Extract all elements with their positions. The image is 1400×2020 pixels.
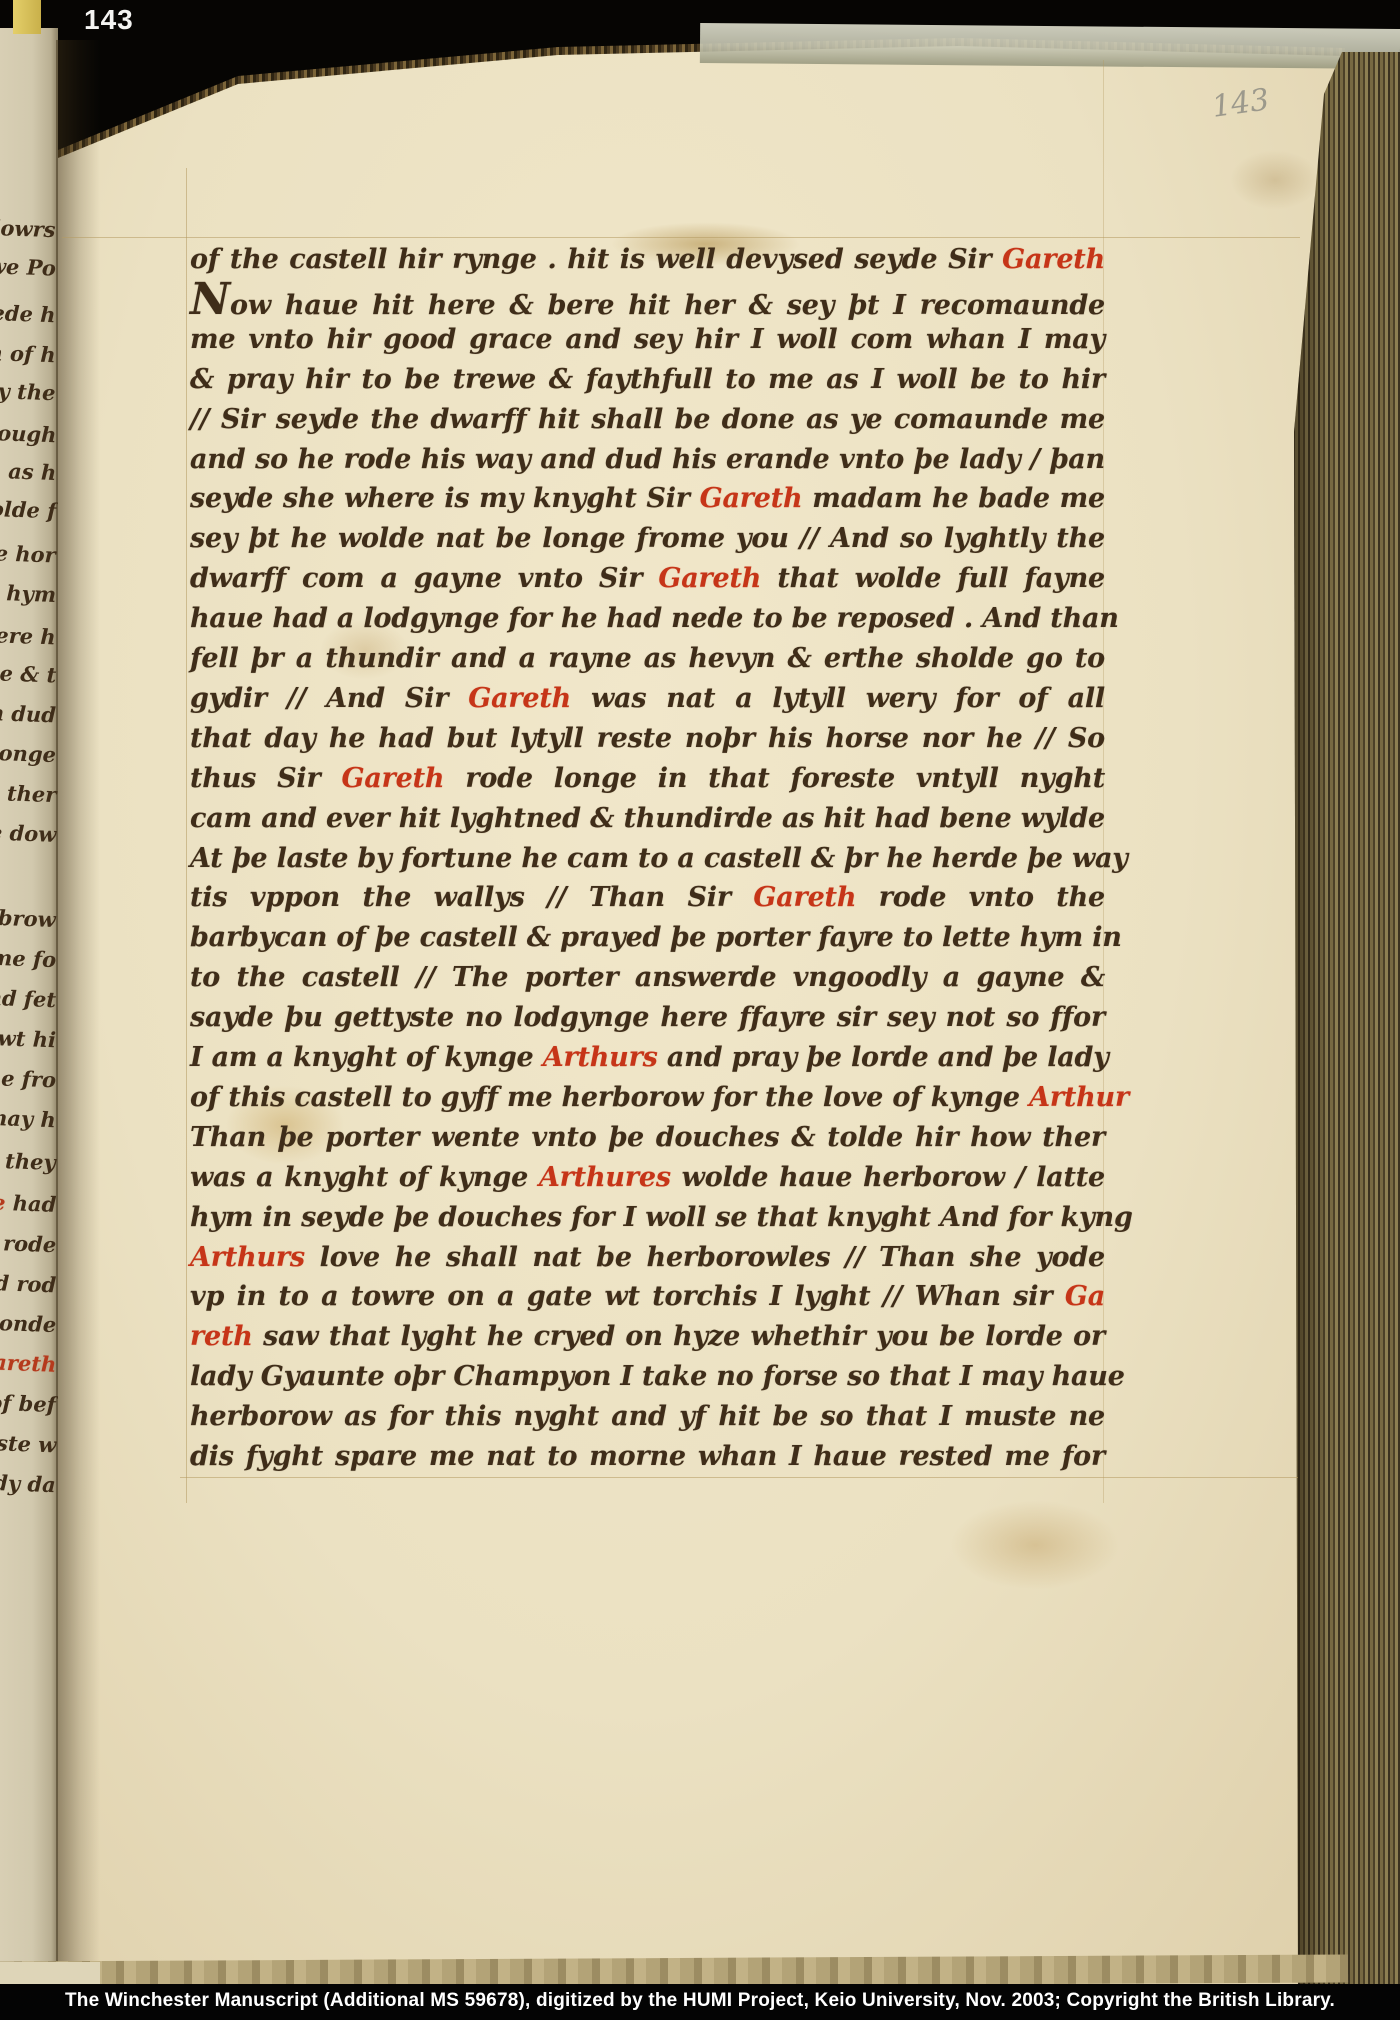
ink-text: fell þr a thundir and a rayne as hevyn &… — [190, 643, 1105, 674]
ink-text: pled me fro — [0, 1063, 56, 1093]
yellow-ribbon — [13, 0, 41, 34]
printed-folio-label: 143 — [84, 4, 134, 36]
ink-text: arff of bef — [0, 1388, 56, 1417]
ink-text: sayde þu gettyste no lodgynge here ffayr… — [190, 1002, 1105, 1033]
manuscript-line-27: vp in to a towre on a gate wt torchis I … — [190, 1280, 1105, 1314]
margin-fragment-7: areth as h — [0, 456, 56, 485]
rubricated-text: Ga — [1065, 1281, 1105, 1312]
margin-fragment-12: be golde & t — [0, 658, 56, 688]
rubricated-text: Gareth — [341, 763, 444, 794]
ink-text: haue had a lodgynge for he had nede to b… — [190, 603, 1119, 634]
ink-text: than they — [0, 1146, 56, 1175]
manuscript-line-30: herborow as for this nyght and yf hit be… — [190, 1400, 1105, 1434]
ink-text: longe — [0, 740, 56, 768]
margin-fragment-26: eth and rod — [0, 1268, 56, 1298]
ink-text: myd there h — [0, 620, 56, 650]
ink-text: ffyred ther — [0, 778, 56, 807]
manuscript-line-5: // Sir seyde the dwarff hit shall be don… — [190, 403, 1105, 437]
margin-fragment-10: ys wt hym — [0, 578, 56, 607]
margin-fragment-5: his day the — [0, 376, 56, 405]
margin-fragment-14: reth longe — [0, 738, 56, 767]
manuscript-line-23: Than þe porter wente vnto þe douches & t… — [190, 1121, 1105, 1155]
manuscript-line-21: I am a knyght of kynge Arthurs and pray … — [190, 1041, 1105, 1075]
ink-text: mette wt hi — [0, 1023, 56, 1053]
ink-text: Than þe hor — [0, 538, 56, 568]
ink-text: seyde she where is my knyght Sir — [190, 483, 700, 514]
ink-text: Than þe porter wente vnto þe douches & t… — [190, 1122, 1105, 1153]
ink-text: tis vppon the wallys // Than Sir — [190, 882, 753, 913]
rubricated-text: Gareth — [753, 882, 856, 913]
ink-text: madam he bade me — [802, 483, 1105, 514]
facing-page-text-fragments: uy colowrslowe Poand bede hat man of hhi… — [0, 28, 58, 1980]
manuscript-line-28: reth saw that lyght he cryed on hyze whe… — [190, 1320, 1105, 1354]
ink-text: ow haue hit here & bere hit her & sey þt… — [230, 290, 1105, 321]
ink-text: e in golde f — [0, 494, 56, 524]
ink-text: rode vnto the — [856, 882, 1105, 913]
manuscript-line-6: and so he rode his way and dud his erand… — [190, 443, 1105, 477]
ink-text: ere and fet — [0, 983, 56, 1012]
manuscript-line-29: lady Gyaunte oþr Champyon I take no fors… — [190, 1360, 1105, 1394]
rubricated-text: Gareth — [700, 483, 803, 514]
margin-fragment-23: than they — [0, 1146, 56, 1175]
margin-fragment-8: e in golde f — [0, 494, 56, 524]
ink-text: thus Sir — [190, 763, 341, 794]
ink-text: that day he had but lytyll reste noþr hi… — [190, 723, 1105, 754]
manuscript-line-11: fell þr a thundir and a rayne as hevyn &… — [190, 642, 1105, 676]
margin-fragment-29: arff of bef — [0, 1388, 56, 1417]
rubricated-text: Gareth — [658, 563, 761, 594]
ink-text: uy colowrs — [0, 213, 56, 242]
manuscript-line-8: sey þt he wolde nat be longe frome you /… — [190, 522, 1105, 556]
manuscript-line-16: At þe laste by fortune he cam to a caste… — [190, 842, 1105, 876]
rubricated-text: Arthur — [1029, 1082, 1129, 1113]
ink-text: gydir // And Sir — [190, 683, 468, 714]
margin-fragment-6: hym nough — [0, 418, 56, 448]
manuscript-line-19: to the castell // The porter answerde vn… — [190, 961, 1105, 995]
margin-fragment-24: ayne had — [0, 1188, 56, 1217]
ink-text: ys wt hym — [0, 578, 56, 607]
ink-text: saw that lyght he cryed on hyze whethir … — [253, 1321, 1105, 1352]
left-ruling-line — [186, 168, 187, 1503]
ink-text: wolde haue herborow / latte — [671, 1162, 1105, 1193]
manuscript-line-25: hym in seyde þe douches for I woll se th… — [190, 1201, 1105, 1235]
ink-text: cam and ever hit lyghtned & thundirde as… — [190, 803, 1105, 834]
manuscript-line-26: Arthurs love he shall nat be herborowles… — [190, 1241, 1105, 1275]
ink-text: fot I may h — [0, 1103, 56, 1132]
manuscript-line-31: dis fyght spare me nat to morne whan I h… — [190, 1440, 1105, 1474]
margin-fragment-20: mette wt hi — [0, 1023, 56, 1053]
ink-text: to the castell // The porter answerde vn… — [190, 962, 1105, 993]
margin-fragment-18: ttyn me fo — [0, 943, 56, 972]
ink-text: as h — [0, 458, 56, 485]
ink-text: ue a brow — [0, 903, 56, 932]
ink-text: dwarff com a gayne vnto Sir — [190, 563, 658, 594]
manuscript-line-22: of this castell to gyff me herborow for … — [190, 1081, 1105, 1115]
ink-text: and so he rode his way and dud his erand… — [190, 444, 1105, 475]
margin-fragment-16: note dow — [0, 818, 56, 847]
ink-text: & pray hir to be trewe & faythfull to me… — [190, 364, 1105, 395]
caption-text: The Winchester Manuscript (Additional MS… — [0, 1990, 1400, 2012]
ink-text: of this castell to gyff me herborow for … — [190, 1082, 1029, 1113]
margin-fragment-15: ffyred ther — [0, 778, 56, 807]
margin-fragment-9: Than þe hor — [0, 538, 56, 568]
margin-fragment-31: my lady da — [0, 1468, 56, 1497]
margin-fragment-22: fot I may h — [0, 1103, 56, 1132]
ink-text: At þe laste by fortune he cam to a caste… — [190, 843, 1128, 874]
ink-text: love he shall nat be herborowles // Than… — [305, 1242, 1105, 1273]
margin-fragment-21: pled me fro — [0, 1063, 56, 1093]
margin-fragment-28: r Gareth — [0, 1348, 56, 1376]
margin-fragment-30: ere beste w — [0, 1428, 56, 1458]
manuscript-line-3: me vnto hir good grace and sey hir I wol… — [190, 323, 1105, 357]
rubricated-text: Arthurs — [190, 1242, 305, 1273]
ink-text: me vnto hir good grace and sey hir I wol… — [190, 324, 1105, 355]
rubricated-text: Gareth — [0, 1349, 56, 1377]
margin-fragment-11: myd there h — [0, 620, 56, 650]
ink-text: vp in to a towre on a gate wt torchis I … — [190, 1281, 1065, 1312]
ink-text: barbycan of þe castell & prayed þe porte… — [190, 922, 1122, 953]
margin-fragment-17: ue a brow — [0, 903, 56, 932]
manuscript-line-17: tis vppon the wallys // Than Sir Gareth … — [190, 881, 1105, 915]
ink-text: be golde & t — [0, 658, 56, 688]
ink-text: lowe Po — [0, 252, 56, 280]
ink-text: hym nough — [0, 418, 56, 448]
ink-text: was a knyght of kynge — [190, 1162, 539, 1193]
ink-text: had — [5, 1190, 57, 1217]
manuscript-line-14: thus Sir Gareth rode longe in that fores… — [190, 762, 1105, 796]
manuscript-photo: uy colowrslowe Poand bede hat man of hhi… — [0, 0, 1400, 2020]
left-page-edge: uy colowrslowe Poand bede hat man of hhi… — [0, 28, 58, 1980]
gutter-shadow — [56, 40, 100, 1986]
ink-text: an he rode — [0, 1228, 56, 1257]
ink-text: ttyn me fo — [0, 943, 56, 972]
rubricated-text: reth — [190, 1321, 253, 1352]
margin-fragment-1: uy colowrs — [0, 213, 56, 242]
manuscript-line-4: & pray hir to be trewe & faythfull to me… — [190, 363, 1105, 397]
ink-text: and bede h — [0, 298, 56, 328]
ink-text: conde — [0, 1309, 56, 1337]
ink-text: was nat a lytyll wery for of all — [571, 683, 1105, 714]
ink-text: note dow — [0, 818, 56, 847]
manuscript-line-10: haue had a lodgynge for he had nede to b… — [190, 602, 1105, 636]
ink-text: herborow as for this nyght and yf hit be… — [190, 1401, 1105, 1432]
ink-text: of the castell hir rynge . hit is well d… — [190, 244, 1002, 275]
ink-text: de hym dud — [0, 698, 56, 728]
ink-text: dis fyght spare me nat to morne whan I h… — [190, 1441, 1105, 1472]
ink-text: lady Gyaunte oþr Champyon I take no fors… — [190, 1361, 1125, 1392]
manuscript-text-block: of the castell hir rynge . hit is well d… — [190, 0, 1105, 1500]
manuscript-line-7: seyde she where is my knyght Sir Gareth … — [190, 482, 1105, 516]
ink-text: ere beste w — [0, 1428, 56, 1458]
ink-text: and pray þe lorde and þe lady — [658, 1042, 1109, 1073]
manuscript-line-9: dwarff com a gayne vnto Sir Gareth that … — [190, 562, 1105, 596]
manuscript-line-20: sayde þu gettyste no lodgynge here ffayr… — [190, 1001, 1105, 1035]
margin-fragment-13: de hym dud — [0, 698, 56, 728]
ink-text: and rod — [0, 1269, 56, 1297]
rubricated-text: Gareth — [1002, 244, 1105, 275]
ink-text: his day the — [0, 376, 56, 405]
manuscript-line-15: cam and ever hit lyghtned & thundirde as… — [190, 802, 1105, 836]
ink-text: rode longe in that foreste vntyll nyght — [444, 763, 1105, 794]
ink-text: at man of h — [0, 338, 56, 368]
ink-text: // Sir seyde the dwarff hit shall be don… — [190, 404, 1105, 435]
rubricated-text: Arthures — [539, 1162, 671, 1193]
manuscript-line-12: gydir // And Sir Gareth was nat a lytyll… — [190, 682, 1105, 716]
margin-fragment-25: an he rode — [0, 1228, 56, 1257]
margin-fragment-19: ere and fet — [0, 983, 56, 1012]
margin-fragment-3: and bede h — [0, 298, 56, 328]
manuscript-line-13: that day he had but lytyll reste noþr hi… — [190, 722, 1105, 756]
margin-fragment-2: lowe Po — [0, 252, 56, 280]
ink-text: hym in seyde þe douches for I woll se th… — [190, 1202, 1133, 1233]
ink-text: N — [190, 274, 230, 325]
manuscript-line-18: barbycan of þe castell & prayed þe porte… — [190, 921, 1105, 955]
manuscript-line-24: was a knyght of kynge Arthures wolde hau… — [190, 1161, 1105, 1195]
margin-fragment-4: at man of h — [0, 338, 56, 368]
ink-text: my lady da — [0, 1468, 56, 1497]
ink-text: I am a knyght of kynge — [190, 1042, 543, 1073]
manuscript-line-2: Now haue hit here & bere hit her & sey þ… — [190, 283, 1105, 323]
ink-text: that wolde full fayne — [761, 563, 1105, 594]
manuscript-line-1: of the castell hir rynge . hit is well d… — [190, 243, 1105, 277]
rubricated-text: Gareth — [468, 683, 571, 714]
rubricated-text: Arthurs — [543, 1042, 658, 1073]
ink-text: sey þt he wolde nat be longe frome you /… — [190, 523, 1105, 554]
margin-fragment-27: nne conde — [0, 1308, 56, 1337]
